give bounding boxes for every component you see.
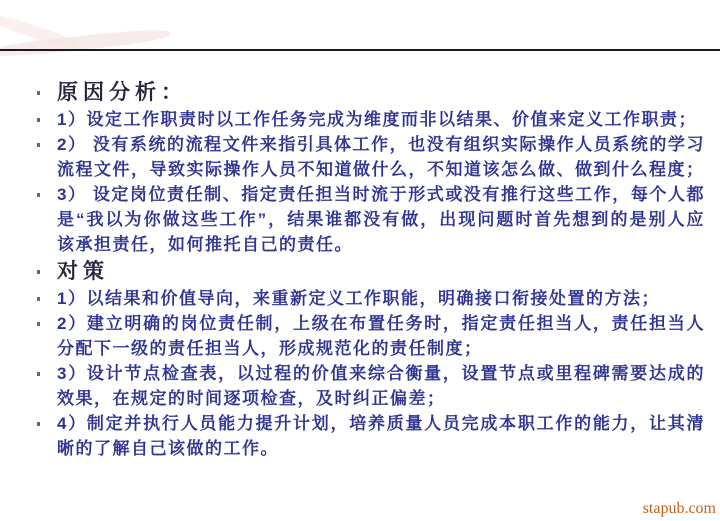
bullet-icon: [30, 411, 57, 426]
list-item: 1）以结果和价值导向，来重新定义工作职能，明确接口衔接处置的方法；: [30, 286, 705, 311]
bullet-icon: [30, 107, 57, 122]
list-item: 3） 设定岗位责任制、指定责任担当时流于形式或没有推行这些工作，每个人都是“我以…: [30, 182, 705, 257]
list-item: 原因分析：: [30, 78, 705, 107]
watermark-text: stapub.com: [643, 500, 716, 518]
bullet-icon: [30, 132, 57, 147]
list-item-text: 2）建立明确的岗位责任制，上级在布置任务时，指定责任担当人，责任担当人分配下一级…: [57, 311, 705, 361]
list-item-text: 3）设计节点检查表，以过程的价值来综合衡量，设置节点或里程碑需要达成的效果，在规…: [57, 361, 705, 411]
bullet-icon: [30, 311, 57, 326]
list-item-text: 2） 没有系统的流程文件来指引具体工作，也没有组织实际操作人员系统的学习流程文件…: [57, 132, 705, 182]
slide-page: 原因分析： 1）设定工作职责时以工作任务完成为维度而非以结果、价值来定义工作职责…: [0, 0, 720, 521]
list-item: 1）设定工作职责时以工作任务完成为维度而非以结果、价值来定义工作职责；: [30, 107, 705, 132]
list-item: 4）制定并执行人员能力提升计划，培养质量人员完成本职工作的能力，让其清晰的了解自…: [30, 411, 705, 461]
bullet-icon: [30, 361, 57, 376]
list-item: 2）建立明确的岗位责任制，上级在布置任务时，指定责任担当人，责任担当人分配下一级…: [30, 311, 705, 361]
list-item: 3）设计节点检查表，以过程的价值来综合衡量，设置节点或里程碑需要达成的效果，在规…: [30, 361, 705, 411]
list-item: 对策: [30, 257, 705, 286]
list-item-text: 4）制定并执行人员能力提升计划，培养质量人员完成本职工作的能力，让其清晰的了解自…: [57, 411, 705, 461]
ribbon-shape: [0, 27, 170, 60]
slide-content: 原因分析： 1）设定工作职责时以工作任务完成为维度而非以结果、价值来定义工作职责…: [30, 78, 705, 461]
list-item-text: 对策: [57, 257, 705, 286]
list-item-text: 3） 设定岗位责任制、指定责任担当时流于形式或没有推行这些工作，每个人都是“我以…: [57, 182, 705, 257]
list-item-text: 原因分析：: [57, 78, 705, 107]
bullet-icon: [30, 286, 57, 301]
bullet-icon: [30, 78, 57, 95]
list-item-text: 1）设定工作职责时以工作任务完成为维度而非以结果、价值来定义工作职责；: [57, 107, 705, 132]
list-item: 2） 没有系统的流程文件来指引具体工作，也没有组织实际操作人员系统的学习流程文件…: [30, 132, 705, 182]
corner-ribbon-decoration: [0, 20, 180, 60]
top-divider-line: [0, 49, 720, 51]
list-item-text: 1）以结果和价值导向，来重新定义工作职能，明确接口衔接处置的方法；: [57, 286, 705, 311]
bullet-icon: [30, 257, 57, 274]
bullet-icon: [30, 182, 57, 197]
ribbon-shape: [0, 12, 80, 51]
